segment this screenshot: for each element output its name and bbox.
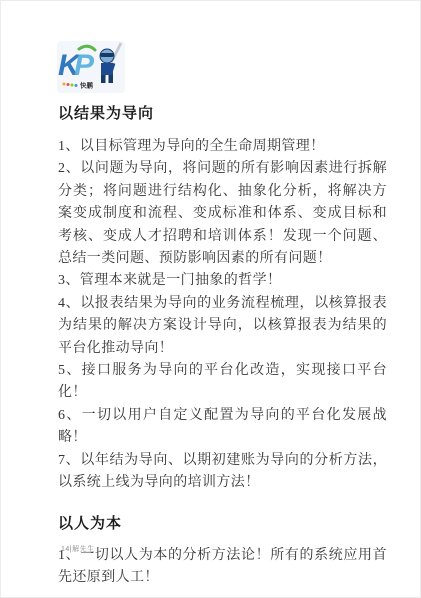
kp-logo: K P 快鹏 (57, 41, 125, 93)
list-item: 7、以年结为导向、以期初建账为导向的分析方法，以系统上线为导向的培训方法！ (58, 450, 387, 495)
list-item: 5、接口服务为导向的平台化改造，实现接口平台化！ (58, 360, 387, 405)
logo-subtext: 快鹏 (80, 81, 94, 90)
list-item: 2、以问题为导向，将问题的所有影响因素进行拆解分类；将问题进行结构化、抽象化分析… (58, 158, 387, 270)
list-item: 1、一切以人为本的分析方法论！所有的系统应用首先还原到人工！ (58, 545, 387, 590)
kp-logo-icon: K P 快鹏 (57, 41, 125, 93)
page-content: 以结果为导向 1、以目标管理为导向的全生命周期管理！ 2、以问题为导向，将问题的… (58, 102, 387, 589)
section-heading-results-oriented: 以结果为导向 (58, 102, 387, 123)
list-item: 3、管理本来就是一门抽象的哲学！ (58, 270, 387, 292)
svg-text:P: P (74, 49, 95, 82)
document-page: K P 快鹏 以结果为导向 1、以目标管理为导向的全生命周期管理！ 2、以问题为… (0, 0, 421, 598)
list-item: 6、一切以用户自定义配置为导向的平台化发展战略！ (58, 405, 387, 450)
list-item: 1、以目标管理为导向的全生命周期管理！ (58, 136, 387, 158)
page-footer-mark: 14|解先生 (61, 544, 95, 554)
list-item: 4、以报表结果为导向的业务流程梳理，以核算报表为结果的解决方案设计导向，以核算报… (58, 293, 387, 360)
section-heading-people-oriented: 以人为本 (58, 512, 387, 533)
